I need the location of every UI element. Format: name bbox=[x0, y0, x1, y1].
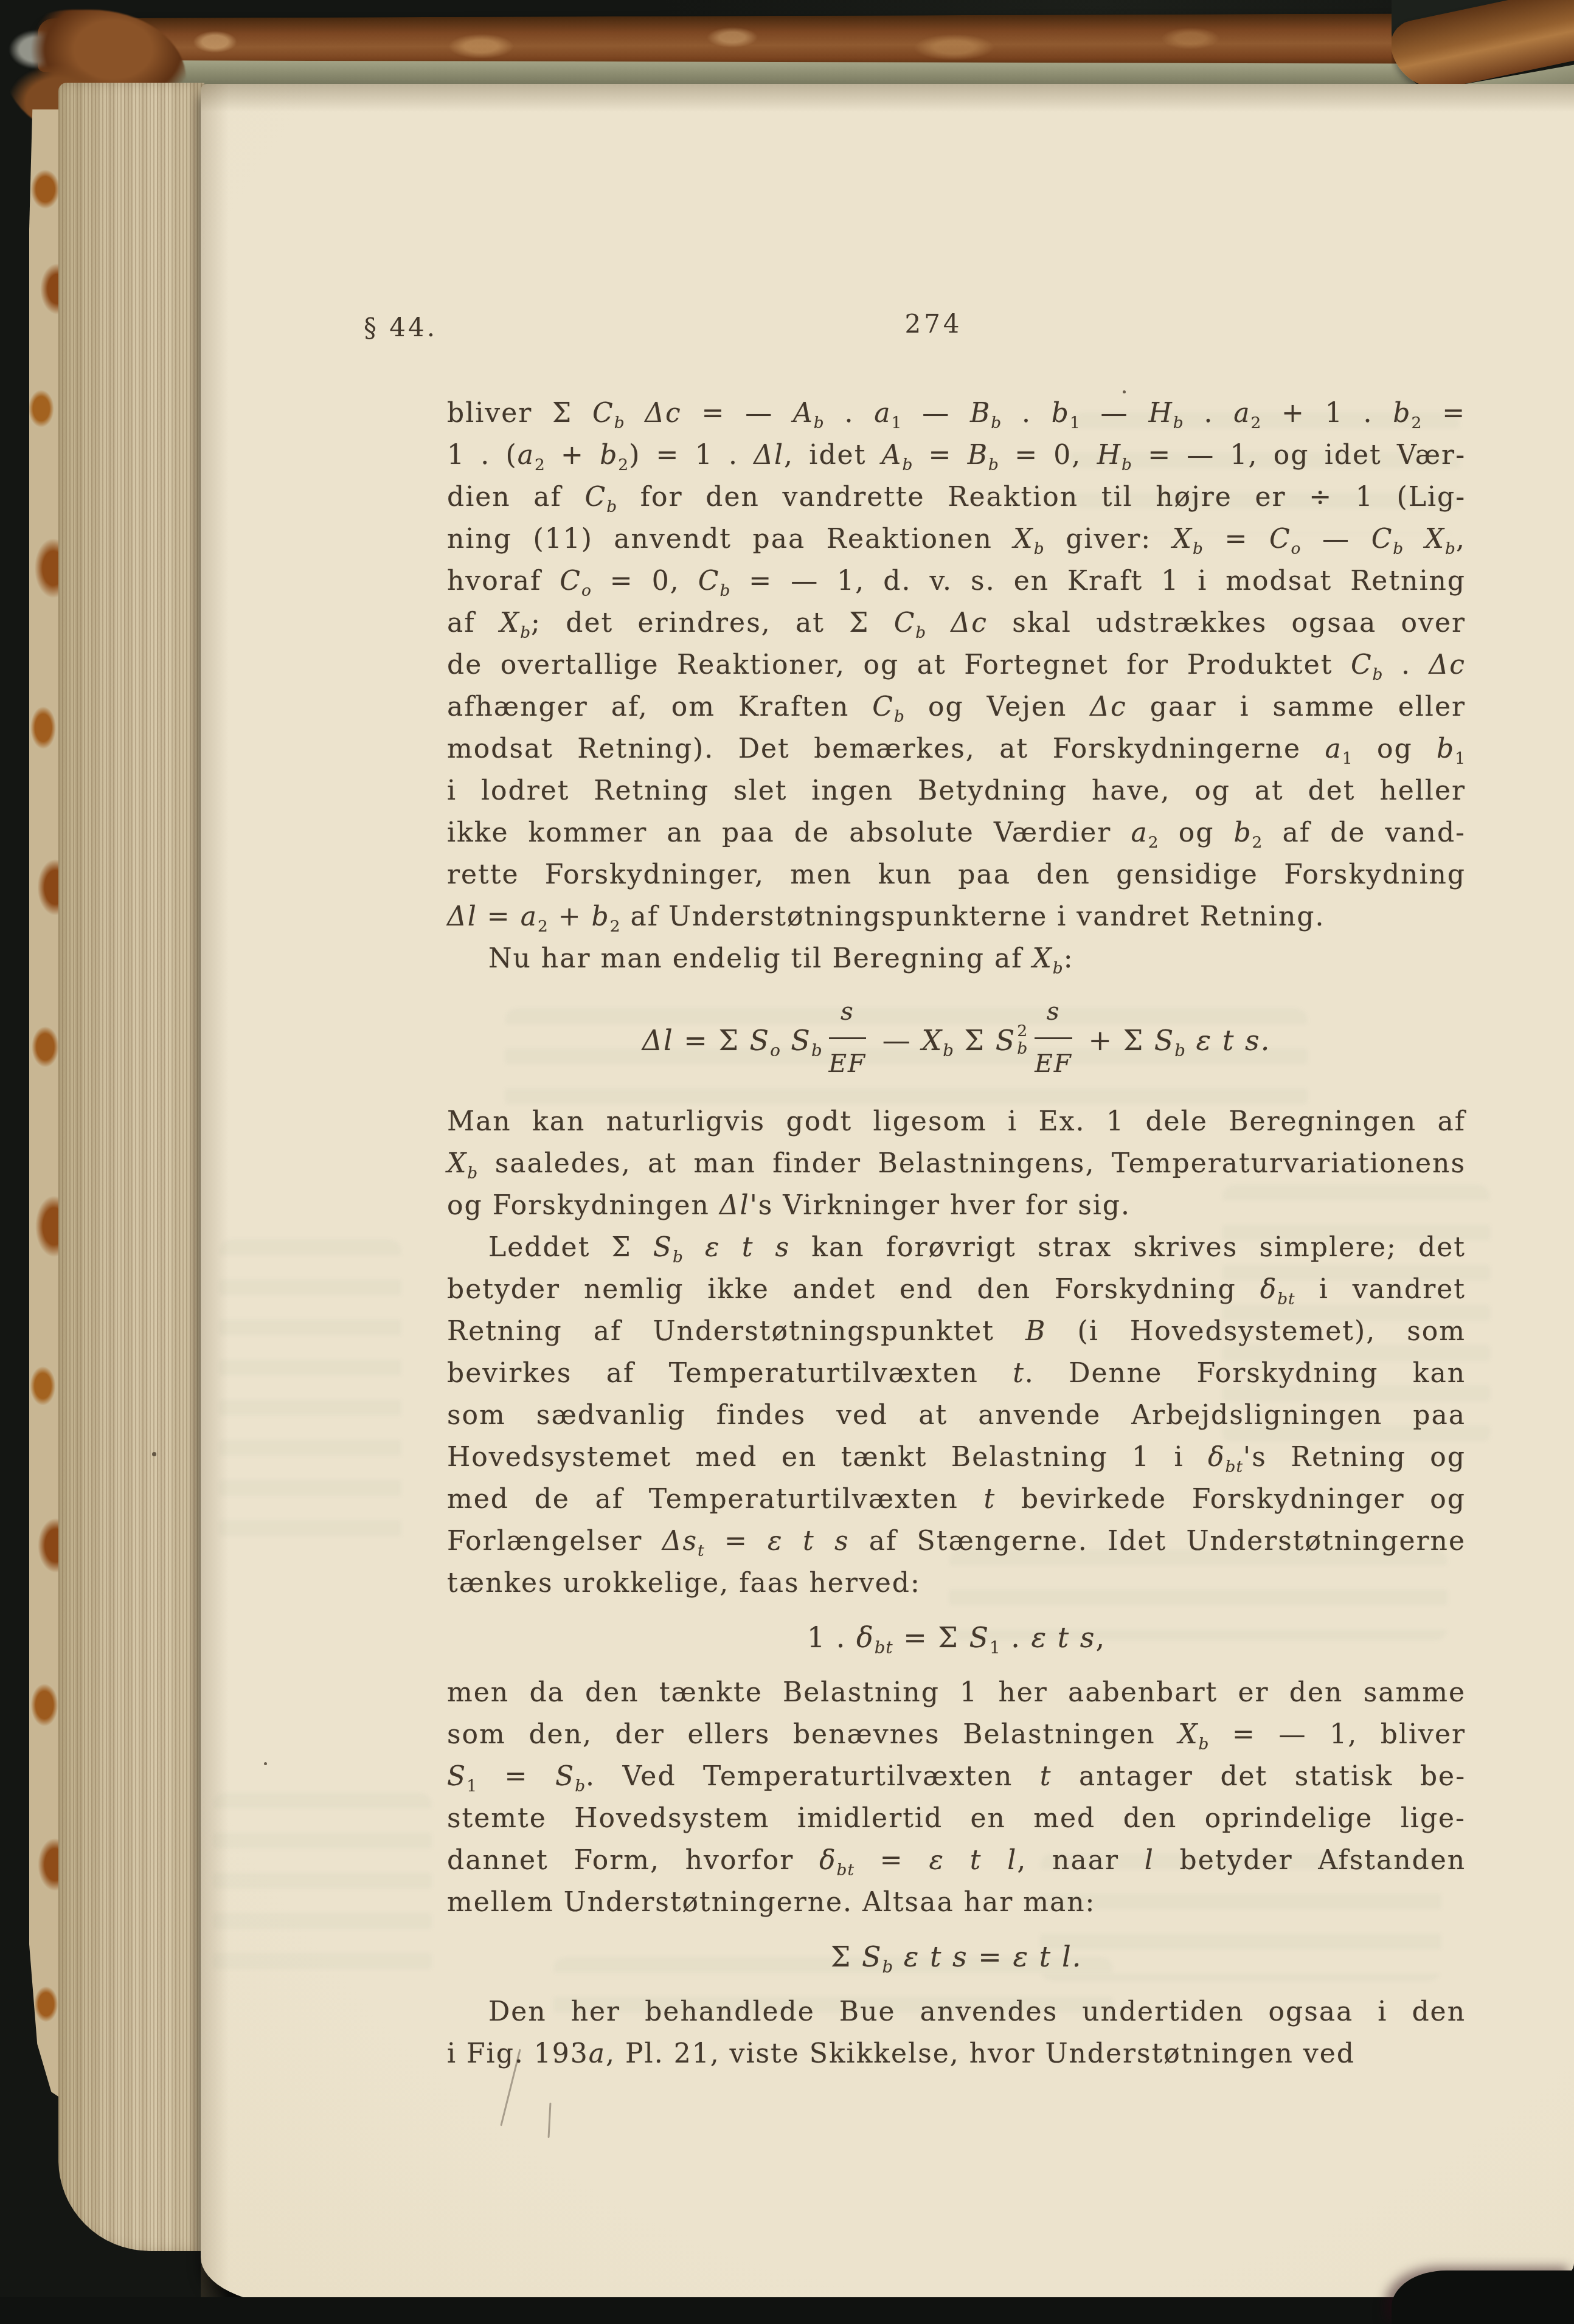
text-run: de overtallige Reaktioner, og at Fortegn… bbox=[447, 649, 1351, 680]
text-run: = Σ bbox=[674, 1024, 750, 1057]
subscript: 2 bbox=[610, 917, 621, 936]
text-run: C bbox=[1269, 524, 1291, 555]
text-run: . bbox=[1001, 1621, 1031, 1654]
text-run: ning (11) anvendt paa Reaktionen bbox=[447, 524, 1013, 555]
text-run: = — 1, og idet Vær- bbox=[1132, 440, 1466, 471]
text-run: A bbox=[882, 440, 903, 471]
text-line: afhænger af, om Kraften Cb og Vejen Δc g… bbox=[447, 686, 1466, 728]
text-line: i lodret Retning slet ingen Betydning ha… bbox=[447, 770, 1466, 812]
text-run: = — 1, d. v. s. en Kraft 1 i modsat Retn… bbox=[730, 565, 1466, 597]
text-run: Man kan naturligvis godt ligesom i Ex. 1… bbox=[447, 1106, 1466, 1137]
text-line: hvoraf Co = 0, Cb = — 1, d. v. s. en Kra… bbox=[447, 560, 1466, 602]
text-run: t bbox=[1040, 1761, 1052, 1792]
text-run: Δc bbox=[1090, 691, 1126, 722]
text-run: Σ bbox=[954, 1024, 996, 1057]
text-run: med de af Temperaturtilvæxten bbox=[447, 1484, 984, 1515]
text-line: og Forskydningen Δl's Virkninger hver fo… bbox=[447, 1184, 1466, 1226]
paragraph: Man kan naturligvis godt ligesom i Ex. 1… bbox=[447, 1101, 1466, 1226]
text-run: bliver bbox=[447, 398, 552, 429]
text-line: Retning af Understøtningspunktet B (i Ho… bbox=[447, 1310, 1466, 1352]
text-line: som sædvanlig findes ved at anvende Arbe… bbox=[447, 1394, 1466, 1436]
text-run: afhænger af, om Kraften bbox=[447, 691, 872, 722]
text-run: = — 1, bliver bbox=[1209, 1719, 1466, 1750]
text-line: af Xb; det erindres, at Σ Cb Δc skal uds… bbox=[447, 602, 1466, 644]
text-run: modsat Retning). Det bemærkes, at Forsky… bbox=[447, 733, 1325, 764]
text-run: C bbox=[585, 482, 607, 513]
subscript: t bbox=[698, 1541, 705, 1560]
text-run: ε t s. bbox=[1186, 1024, 1271, 1057]
text-line: ikke kommer an paa de absolute Værdier a… bbox=[447, 812, 1466, 854]
text-run: = bbox=[705, 1526, 768, 1557]
text-run: C bbox=[560, 565, 581, 597]
text-run: som den, der ellers benævnes Belastninge… bbox=[447, 1719, 1178, 1750]
subscript: 1 bbox=[990, 1638, 1001, 1658]
text-run: Δl bbox=[447, 901, 477, 932]
text-run: Δs bbox=[662, 1526, 698, 1557]
text-run: a bbox=[518, 440, 535, 471]
text-run: for den vandrette Reaktion til højre er … bbox=[617, 482, 1466, 513]
ink-speck bbox=[264, 1762, 267, 1765]
text-run: i lodret Retning slet ingen Betydning ha… bbox=[447, 775, 1466, 806]
text-line: de overtallige Reaktioner, og at Fortegn… bbox=[447, 644, 1466, 686]
text-run: ; det erindres, at bbox=[531, 607, 849, 638]
text-run: . bbox=[1002, 398, 1052, 429]
paragraph: men da den tænkte Belastning 1 her aaben… bbox=[447, 1672, 1466, 1923]
text-run: skal udstrækkes ogsaa over bbox=[988, 607, 1466, 638]
text-run: B bbox=[970, 398, 991, 429]
bleedthrough-smudge bbox=[219, 1239, 401, 1555]
text-run: S bbox=[555, 1761, 575, 1792]
text-run: , Pl. 21, viste Skikkelse, hvor Understø… bbox=[606, 2038, 1355, 2069]
paragraph: bliver Σ Cb Δc = — Ab . a1 — Bb . b1 — H… bbox=[447, 392, 1466, 938]
subscript: b bbox=[1173, 413, 1184, 432]
subscript: b bbox=[894, 707, 905, 726]
text-run: ikke kommer an paa de absolute Værdier bbox=[447, 817, 1131, 848]
text-run: ε t s bbox=[1031, 1621, 1095, 1654]
text-line: i Fig. 193a, Pl. 21, viste Skikkelse, hv… bbox=[447, 2033, 1466, 2075]
text-run: Δc bbox=[625, 398, 682, 429]
text-run: , naar bbox=[1017, 1845, 1144, 1876]
subscript: 2 bbox=[1251, 413, 1262, 432]
text-run: men da den tænkte Belastning 1 her aaben… bbox=[447, 1677, 1466, 1708]
subscript: 2 bbox=[1252, 833, 1263, 852]
text-run: — bbox=[1081, 398, 1149, 429]
text-run: X bbox=[1013, 524, 1033, 555]
text-line: betyder nemlig ikke andet end den Forsky… bbox=[447, 1268, 1466, 1310]
text-run: dien af bbox=[447, 482, 585, 513]
text-run: b bbox=[1052, 398, 1070, 429]
subscript: 1 bbox=[1455, 749, 1466, 768]
text-run: af Understøtningspunkterne i vandret Ret… bbox=[621, 901, 1325, 932]
text-line: stemte Hovedsystem imidlertid en med den… bbox=[447, 1797, 1466, 1839]
text-run: . Denne Forskydning kan bbox=[1025, 1358, 1466, 1389]
subscript: b bbox=[1193, 539, 1204, 558]
text-run: = Σ bbox=[893, 1621, 969, 1654]
text-run: . bbox=[1383, 649, 1429, 680]
page-text-block: bliver Σ Cb Δc = — Ab . a1 — Bb . b1 — H… bbox=[447, 392, 1466, 2075]
text-run: + bbox=[549, 901, 592, 932]
text-run: ε t s bbox=[684, 1232, 790, 1263]
text-run: B bbox=[968, 440, 988, 471]
text-run: og Vejen bbox=[905, 691, 1090, 722]
text-run: X bbox=[500, 607, 520, 638]
subscript: b bbox=[902, 455, 913, 474]
text-line: dien af Cb for den vandrette Reaktion ti… bbox=[447, 476, 1466, 518]
text-run: S bbox=[750, 1024, 771, 1057]
text-run: bevirkes af Temperaturtilvæxten bbox=[447, 1358, 1013, 1389]
text-run: Δl bbox=[719, 1190, 750, 1221]
text-run: 's Virkninger hver for sig. bbox=[750, 1190, 1131, 1221]
text-run: S bbox=[1154, 1024, 1175, 1057]
text-run: S bbox=[653, 1232, 673, 1263]
text-run: S bbox=[996, 1024, 1016, 1057]
text-line: ning (11) anvendt paa Reaktionen Xb give… bbox=[447, 518, 1466, 560]
fraction: sEF bbox=[829, 991, 867, 1085]
text-line: Xb saaledes, at man finder Belastningens… bbox=[447, 1143, 1466, 1184]
section-label: § 44. bbox=[364, 313, 437, 342]
text-run: H bbox=[1148, 398, 1173, 429]
text-run: X bbox=[921, 1024, 943, 1057]
subscript: b bbox=[467, 1164, 478, 1183]
subscript: b bbox=[1122, 455, 1132, 474]
text-run: i Fig. 193 bbox=[447, 2038, 589, 2069]
text-run: saaledes, at man finder Belastningens, T… bbox=[478, 1148, 1466, 1179]
text-run: = 0, bbox=[999, 440, 1097, 471]
text-run: C bbox=[872, 691, 894, 722]
text-run: Δc bbox=[1429, 649, 1466, 680]
text-run: b bbox=[1437, 733, 1455, 764]
text-run: S bbox=[969, 1621, 990, 1654]
subscript: b bbox=[814, 413, 825, 432]
text-run: , idet bbox=[784, 440, 882, 471]
page-edge-stack bbox=[58, 83, 204, 2251]
paragraph: Den her behandlede Bue anvendes undertid… bbox=[447, 1991, 1466, 2075]
text-run: = bbox=[855, 1845, 929, 1876]
text-run: af de vand- bbox=[1263, 817, 1466, 848]
subscript: b bbox=[811, 1040, 823, 1060]
text-run: a bbox=[521, 901, 538, 932]
text-run: X bbox=[1178, 1719, 1198, 1750]
text-run: bevirkede Forskydninger og bbox=[996, 1484, 1466, 1515]
subscript: b bbox=[988, 455, 999, 474]
text-run: mellem Understøtningerne. Altsaa har man… bbox=[447, 1887, 1095, 1918]
subscript: b bbox=[1373, 665, 1384, 684]
text-line: Hovedsystemet med en tænkt Belastning 1 … bbox=[447, 1436, 1466, 1478]
text-run: C bbox=[894, 607, 916, 638]
text-line: Leddet Σ Sb ε t s kan forøvrigt strax sk… bbox=[447, 1226, 1466, 1268]
text-run: C bbox=[1351, 649, 1373, 680]
subscript: b bbox=[1034, 539, 1045, 558]
text-run: a bbox=[589, 2038, 606, 2069]
display-equation: 1 . δbt = Σ S1 . ε t s, bbox=[447, 1617, 1466, 1659]
text-line: Nu har man endelig til Beregning af Xb: bbox=[447, 938, 1466, 980]
text-run: tænkes urokkelige, faas herved: bbox=[447, 1568, 921, 1599]
text-run: Δc bbox=[926, 607, 988, 638]
text-run: + 1 . bbox=[1261, 398, 1393, 429]
text-run: = — bbox=[682, 398, 793, 429]
background-corner-bottom-right bbox=[1392, 2270, 1574, 2324]
subscript: b bbox=[1053, 959, 1064, 978]
text-run: Δl bbox=[642, 1024, 674, 1057]
text-run: ε t l. bbox=[1013, 1940, 1083, 1973]
text-run: C bbox=[1371, 524, 1393, 555]
subscript: b bbox=[1393, 539, 1404, 558]
text-line: Δl = a2 + b2 af Understøtningspunkterne … bbox=[447, 896, 1466, 938]
subscript: o bbox=[581, 581, 592, 600]
text-run: dannet Form, hvorfor bbox=[447, 1845, 819, 1876]
subscript: bt bbox=[837, 1861, 855, 1880]
text-run: og bbox=[1353, 733, 1437, 764]
text-line: bevirkes af Temperaturtilvæxten t. Denne… bbox=[447, 1352, 1466, 1394]
text-line: dannet Form, hvorfor δbt = ε t l, naar l… bbox=[447, 1839, 1466, 1881]
text-run: (i Hovedsystemet), som bbox=[1046, 1316, 1466, 1347]
subscript: 2 bbox=[618, 455, 629, 474]
text-run: giver: bbox=[1045, 524, 1173, 555]
text-run: Σ bbox=[849, 607, 893, 638]
text-run: X bbox=[1173, 524, 1193, 555]
bleedthrough-smudge bbox=[213, 1793, 432, 1987]
text-run: Den her behandlede Bue anvendes undertid… bbox=[488, 1996, 1466, 2027]
subscript: b bbox=[943, 1040, 954, 1060]
subscript: 2 bbox=[1148, 833, 1159, 852]
text-run: = bbox=[968, 1940, 1013, 1973]
subscript: b bbox=[673, 1248, 684, 1267]
text-line: med de af Temperaturtilvæxten t bevirked… bbox=[447, 1478, 1466, 1520]
text-run: X bbox=[1404, 524, 1445, 555]
text-line: men da den tænkte Belastning 1 her aaben… bbox=[447, 1672, 1466, 1714]
subscript: b bbox=[1198, 1735, 1209, 1754]
text-run: — bbox=[902, 398, 970, 429]
subscript: 1 bbox=[1342, 749, 1353, 768]
text-run: kan forøvrigt strax skrives simplere; de… bbox=[790, 1232, 1466, 1263]
text-run: X bbox=[1032, 943, 1052, 974]
text-run: = 0, bbox=[592, 565, 698, 597]
text-run: : bbox=[1064, 943, 1074, 974]
text-run: l bbox=[1145, 1845, 1154, 1876]
text-run: = bbox=[1204, 524, 1269, 555]
subscript: 1 bbox=[466, 1777, 477, 1796]
text-run: 1 . ( bbox=[447, 440, 518, 471]
text-run: gaar i samme eller bbox=[1127, 691, 1466, 722]
subscript: 2 bbox=[1412, 413, 1423, 432]
subscript: b bbox=[882, 1957, 893, 1977]
text-run: b bbox=[1393, 398, 1411, 429]
text-run: som sædvanlig findes ved at anvende Arbe… bbox=[447, 1400, 1466, 1431]
text-run: Σ bbox=[831, 1940, 862, 1973]
text-run: + Σ bbox=[1078, 1024, 1154, 1057]
subscript: bt bbox=[875, 1638, 893, 1658]
subscript: b bbox=[1174, 1040, 1186, 1060]
text-run: hvoraf bbox=[447, 565, 560, 597]
text-run: t bbox=[1013, 1358, 1025, 1389]
subscript: o bbox=[1291, 539, 1302, 558]
text-line: 1 . (a2 + b2) = 1 . Δl, idet Ab = Bb = 0… bbox=[447, 434, 1466, 476]
text-line: S1 = Sb. Ved Temperaturtilvæxten t antag… bbox=[447, 1755, 1466, 1797]
subscript: b bbox=[1445, 539, 1456, 558]
text-run: = bbox=[913, 440, 967, 471]
text-run: + bbox=[546, 440, 600, 471]
subscript: b bbox=[991, 413, 1002, 432]
text-run: rette Forskydninger, men kun paa den gen… bbox=[447, 859, 1466, 890]
subscript: 2 bbox=[538, 917, 549, 936]
subscript: b bbox=[614, 413, 625, 432]
text-run: b bbox=[592, 901, 610, 932]
text-run: a bbox=[1325, 733, 1342, 764]
text-line: Forlængelser Δst = ε t s af Stængerne. I… bbox=[447, 1520, 1466, 1562]
text-run: Leddet bbox=[488, 1232, 611, 1263]
text-line: som den, der ellers benævnes Belastninge… bbox=[447, 1714, 1466, 1755]
text-run: — bbox=[1302, 524, 1371, 555]
text-line: rette Forskydninger, men kun paa den gen… bbox=[447, 854, 1466, 896]
text-run: ε t s bbox=[768, 1526, 849, 1557]
text-run: ε t l bbox=[929, 1845, 1017, 1876]
text-run: , bbox=[1456, 524, 1466, 555]
text-run: b bbox=[1233, 817, 1252, 848]
page-number: 274 bbox=[447, 309, 1420, 339]
subscript: b bbox=[575, 1777, 586, 1796]
sup-sub-stack: 2b bbox=[1017, 1023, 1028, 1057]
subscript: 1 bbox=[892, 413, 903, 432]
text-run: og Forskydningen bbox=[447, 1190, 719, 1221]
paragraph: Leddet Σ Sb ε t s kan forøvrigt strax sk… bbox=[447, 1226, 1466, 1604]
paragraph: Nu har man endelig til Beregning af Xb: bbox=[447, 938, 1466, 980]
ink-speck bbox=[152, 1452, 156, 1456]
subscript: bt bbox=[1226, 1458, 1244, 1476]
text-run: Retning af Understøtningspunktet bbox=[447, 1316, 1025, 1347]
text-run: — bbox=[872, 1024, 921, 1057]
fraction: sEF bbox=[1035, 991, 1072, 1085]
text-run: Forlængelser bbox=[447, 1526, 662, 1557]
text-run: a bbox=[1233, 398, 1250, 429]
text-run: δ bbox=[856, 1621, 875, 1654]
text-line: modsat Retning). Det bemærkes, at Forsky… bbox=[447, 728, 1466, 770]
text-run: a bbox=[1131, 817, 1148, 848]
text-line: Den her behandlede Bue anvendes undertid… bbox=[447, 1991, 1466, 2033]
text-run: Nu har man endelig til Beregning af bbox=[488, 943, 1032, 974]
text-run: δ bbox=[1260, 1274, 1278, 1305]
text-run: a bbox=[874, 398, 891, 429]
text-run: ε t s bbox=[893, 1940, 968, 1973]
subscript: b bbox=[915, 623, 926, 642]
text-run: = bbox=[1422, 398, 1466, 429]
display-equation: Σ Sb ε t s = ε t l. bbox=[447, 1936, 1466, 1978]
text-run: B bbox=[1025, 1316, 1046, 1347]
text-run: = bbox=[477, 901, 521, 932]
subscript: 2 bbox=[535, 455, 546, 474]
subscript: b bbox=[606, 497, 617, 516]
text-run: X bbox=[447, 1148, 467, 1179]
text-run: Hovedsystemet med en tænkt Belastning 1 … bbox=[447, 1442, 1208, 1473]
display-equation: Δl = Σ So SbsEF — Xb Σ S2bsEF + Σ Sb ε t… bbox=[447, 995, 1466, 1090]
text-line: tænkes urokkelige, faas herved: bbox=[447, 1562, 1466, 1604]
text-run: C bbox=[698, 565, 720, 597]
text-run: C bbox=[592, 398, 614, 429]
text-run: H bbox=[1097, 440, 1122, 471]
text-run: Σ bbox=[552, 398, 592, 429]
subscript: o bbox=[770, 1040, 781, 1060]
text-run: betyder nemlig ikke andet end den Forsky… bbox=[447, 1274, 1260, 1305]
text-run: A bbox=[793, 398, 814, 429]
text-run: b bbox=[600, 440, 618, 471]
subscript: 1 bbox=[1070, 413, 1081, 432]
text-line: Man kan naturligvis godt ligesom i Ex. 1… bbox=[447, 1101, 1466, 1143]
text-run: 1 . bbox=[807, 1621, 856, 1654]
text-run: S bbox=[447, 1761, 466, 1792]
subscript: b bbox=[719, 581, 730, 600]
text-run: t bbox=[984, 1484, 996, 1515]
text-line: mellem Understøtningerne. Altsaa har man… bbox=[447, 1881, 1466, 1923]
text-run: ) = 1 . bbox=[629, 440, 754, 471]
text-run: . Ved Temperaturtilvæxten bbox=[586, 1761, 1040, 1792]
subscript: b bbox=[520, 623, 531, 642]
text-run: Σ bbox=[611, 1232, 653, 1263]
text-run: Δl bbox=[754, 440, 784, 471]
text-run: stemte Hovedsystem imidlertid en med den… bbox=[447, 1803, 1466, 1834]
text-line: bliver Σ Cb Δc = — Ab . a1 — Bb . b1 — H… bbox=[447, 392, 1466, 434]
subscript: bt bbox=[1277, 1290, 1295, 1309]
text-run: . bbox=[1184, 398, 1234, 429]
text-run: = bbox=[477, 1761, 555, 1792]
text-run: . bbox=[825, 398, 875, 429]
text-run: 's Retning og bbox=[1243, 1442, 1466, 1473]
background-bottom bbox=[0, 2297, 1574, 2324]
text-run: δ bbox=[1208, 1442, 1226, 1473]
scanned-book-photo: § 44. 274 bliver Σ Cb Δc = — Ab . a1 — B… bbox=[0, 0, 1574, 2324]
text-run: af Stængerne. Idet Understøtningerne bbox=[850, 1526, 1466, 1557]
text-run: , bbox=[1095, 1621, 1106, 1654]
text-run: af bbox=[447, 607, 500, 638]
text-run: og bbox=[1159, 817, 1234, 848]
text-run: i vandret bbox=[1295, 1274, 1466, 1305]
text-run: S bbox=[862, 1940, 882, 1973]
text-run: δ bbox=[819, 1845, 837, 1876]
text-run: S bbox=[781, 1024, 811, 1057]
text-run: antager det statisk be- bbox=[1052, 1761, 1466, 1792]
text-run: betyder Afstanden bbox=[1154, 1845, 1466, 1876]
